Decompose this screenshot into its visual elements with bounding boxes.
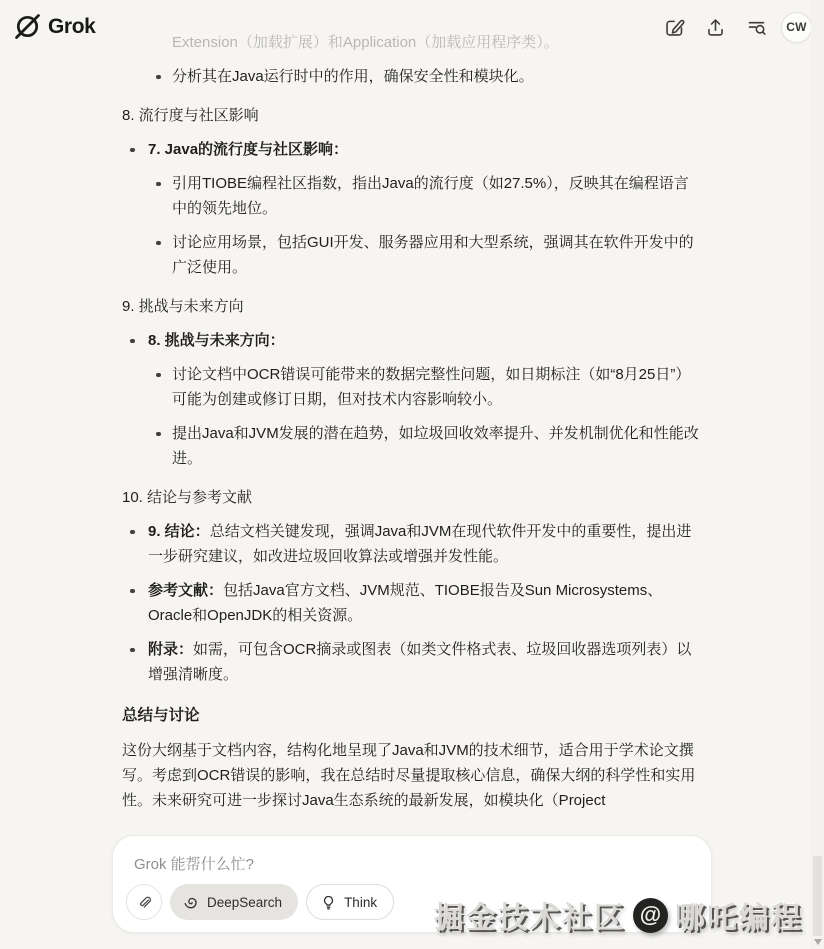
list-item-text: 附录：如需，可包含OCR摘录或图表（如类文件格式表、垃圾回收器选项列表）以增强清… — [148, 637, 700, 687]
grok-app: Grok — [0, 0, 824, 949]
composer-toolbar: DeepSearch Think — [126, 884, 394, 920]
grok-logo-icon — [14, 13, 41, 40]
bullet-dot — [156, 362, 172, 412]
bullet-dot — [130, 137, 148, 162]
think-button[interactable]: Think — [306, 884, 394, 920]
composer[interactable]: Grok 能帮什么忙? DeepSearch — [112, 835, 712, 933]
list-item-text: 8. 挑战与未来方向： — [148, 328, 700, 353]
list-item-text: 讨论文档中OCR错误可能带来的数据完整性问题，如日期标注（如“8月25日”）可能… — [172, 362, 700, 412]
avatar[interactable]: CW — [781, 12, 812, 43]
list-item: 8. 挑战与未来方向： — [122, 328, 700, 353]
list-item: 讨论文档中OCR错误可能带来的数据完整性问题，如日期标注（如“8月25日”）可能… — [122, 362, 700, 412]
list-item: 7. Java的流行度与社区影响： — [122, 137, 700, 162]
bullet-dot — [130, 578, 148, 628]
list-item-text: 9. 结论：总结文档关键发现，强调Java和JVM在现代软件开发中的重要性，提出… — [148, 519, 700, 569]
bullet-dot — [156, 64, 172, 89]
list-item: 附录：如需，可包含OCR摘录或图表（如类文件格式表、垃圾回收器选项列表）以增强清… — [122, 637, 700, 687]
list-item: 参考文献：包括Java官方文档、JVM规范、TIOBE报告及Sun Micros… — [122, 578, 700, 628]
scrollbar[interactable] — [811, 0, 824, 949]
grok-logo[interactable]: Grok — [14, 13, 95, 40]
list-item-text: 引用TIOBE编程社区指数，指出Java的流行度（如27.5%），反映其在编程语… — [172, 171, 700, 221]
list-item: 分析其在Java运行时中的作用，确保安全性和模块化。 — [122, 64, 700, 89]
attach-button[interactable] — [126, 884, 162, 920]
compose-icon[interactable] — [658, 11, 690, 43]
bullet-dot — [156, 230, 172, 280]
bullet-dot — [130, 637, 148, 687]
header: Grok — [0, 0, 824, 56]
composer-placeholder[interactable]: Grok 能帮什么忙? — [134, 853, 254, 874]
list-item: 引用TIOBE编程社区指数，指出Java的流行度（如27.5%），反映其在编程语… — [122, 171, 700, 221]
upload-icon[interactable] — [699, 11, 731, 43]
list-item: 9. 结论：总结文档关键发现，强调Java和JVM在现代软件开发中的重要性，提出… — [122, 519, 700, 569]
header-actions: CW — [658, 11, 812, 43]
bullet-dot — [156, 171, 172, 221]
list-item-text: 讨论应用场景，包括GUI开发、服务器应用和大型系统，强调其在软件开发中的广泛使用… — [172, 230, 700, 280]
list-item-text: 参考文献：包括Java官方文档、JVM规范、TIOBE报告及Sun Micros… — [148, 578, 700, 628]
list-item-text: 7. Java的流行度与社区影响： — [148, 137, 700, 162]
section-heading: 总结与讨论 — [122, 703, 700, 728]
numbered-heading: 8. 流行度与社区影响 — [122, 103, 700, 128]
lightbulb-icon — [320, 894, 337, 911]
spiral-icon — [183, 894, 200, 911]
bullet-dot — [156, 421, 172, 471]
summary-paragraph: 这份大纲基于文档内容，结构化地呈现了Java和JVM的技术细节，适合用于学术论文… — [122, 738, 700, 813]
brand-name: Grok — [48, 15, 95, 39]
think-label: Think — [344, 895, 377, 910]
assistant-message: Extension（加载扩展）和Application（加载应用程序类）。 分析… — [122, 30, 700, 813]
deepsearch-label: DeepSearch — [207, 895, 282, 910]
bullet-dot — [130, 328, 148, 353]
list-item-text: 分析其在Java运行时中的作用，确保安全性和模块化。 — [172, 64, 700, 89]
deepsearch-button[interactable]: DeepSearch — [170, 884, 298, 920]
scroll-down-arrow-icon[interactable] — [813, 937, 822, 946]
bullet-dot — [130, 519, 148, 569]
numbered-heading: 10. 结论与参考文献 — [122, 485, 700, 510]
list-item: 提出Java和JVM发展的潜在趋势，如垃圾回收效率提升、并发机制优化和性能改进。 — [122, 421, 700, 471]
list-item-text: 提出Java和JVM发展的潜在趋势，如垃圾回收效率提升、并发机制优化和性能改进。 — [172, 421, 700, 471]
scrollbar-thumb[interactable] — [813, 856, 822, 936]
history-search-icon[interactable] — [740, 11, 772, 43]
list-item: 讨论应用场景，包括GUI开发、服务器应用和大型系统，强调其在软件开发中的广泛使用… — [122, 230, 700, 280]
paperclip-icon — [136, 894, 153, 911]
numbered-heading: 9. 挑战与未来方向 — [122, 294, 700, 319]
